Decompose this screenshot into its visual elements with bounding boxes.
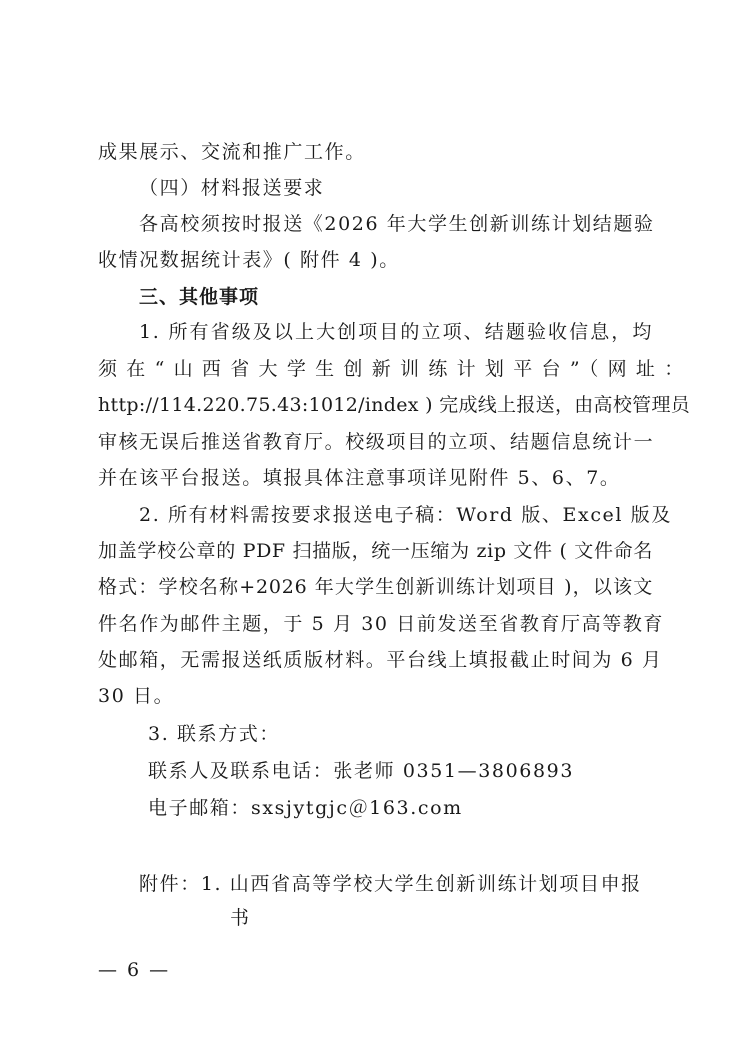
attachment-title: 山西省高等学校大学生创新训练计划项目申报 bbox=[230, 873, 642, 895]
attachment-number: 1. bbox=[201, 873, 222, 895]
attachment-label: 附件： bbox=[139, 873, 201, 895]
paragraph-line: 件名作为邮件主题，于 5 月 30 日前发送至省教育厅高等教育 bbox=[98, 612, 653, 636]
paragraph-line: 格式：学校名称+2026 年大学生创新训练计划项目 )，以该文 bbox=[98, 575, 653, 599]
paragraph-line: 各高校须按时报送《2026 年大学生创新训练计划结题验 bbox=[139, 212, 653, 236]
document-page: 成果展示、交流和推广工作。 （四）材料报送要求 各高校须按时报送《2026 年大… bbox=[0, 0, 750, 1059]
attachment-title-continuation: 书 bbox=[230, 906, 750, 930]
paragraph-line: 须在“山西省大学生创新训练计划平台”（网址： bbox=[98, 357, 653, 381]
section-heading-materials: （四）材料报送要求 bbox=[139, 176, 653, 200]
page-number: — 6 — bbox=[98, 958, 170, 982]
paragraph-line-url: http://114.220.75.43:1012/index ) 完成线上报送… bbox=[98, 393, 653, 417]
paragraph-line: 并在该平台报送。填报具体注意事项详见附件 5、6、7。 bbox=[98, 466, 653, 490]
contact-email: 电子邮箱：sxsjytgjc＠163.com bbox=[148, 796, 703, 820]
paragraph-line: 30 日。 bbox=[98, 684, 653, 708]
paragraph-line: 1. 所有省级及以上大创项目的立项、结题验收信息，均 bbox=[139, 320, 653, 344]
paragraph-line: 成果展示、交流和推广工作。 bbox=[98, 140, 653, 164]
section-heading-other-matters: 三、其他事项 bbox=[139, 285, 653, 309]
paragraph-line: 收情况数据统计表》( 附件 4 )。 bbox=[98, 248, 653, 272]
contact-phone: 联系人及联系电话：张老师 0351—3806893 bbox=[148, 759, 703, 783]
paragraph-line: 处邮箱，无需报送纸质版材料。平台线上填报截止时间为 6 月 bbox=[98, 648, 653, 672]
contact-heading: 3. 联系方式： bbox=[148, 722, 703, 746]
attachment-list: 附件：1. 山西省高等学校大学生创新训练计划项目申报 bbox=[139, 872, 694, 896]
paragraph-line: 加盖学校公章的 PDF 扫描版，统一压缩为 zip 文件 ( 文件命名 bbox=[98, 539, 653, 563]
paragraph-line: 审核无误后推送省教育厅。校级项目的立项、结题信息统计一 bbox=[98, 430, 653, 454]
paragraph-line: 2. 所有材料需按要求报送电子稿：Word 版、Excel 版及 bbox=[139, 503, 653, 527]
